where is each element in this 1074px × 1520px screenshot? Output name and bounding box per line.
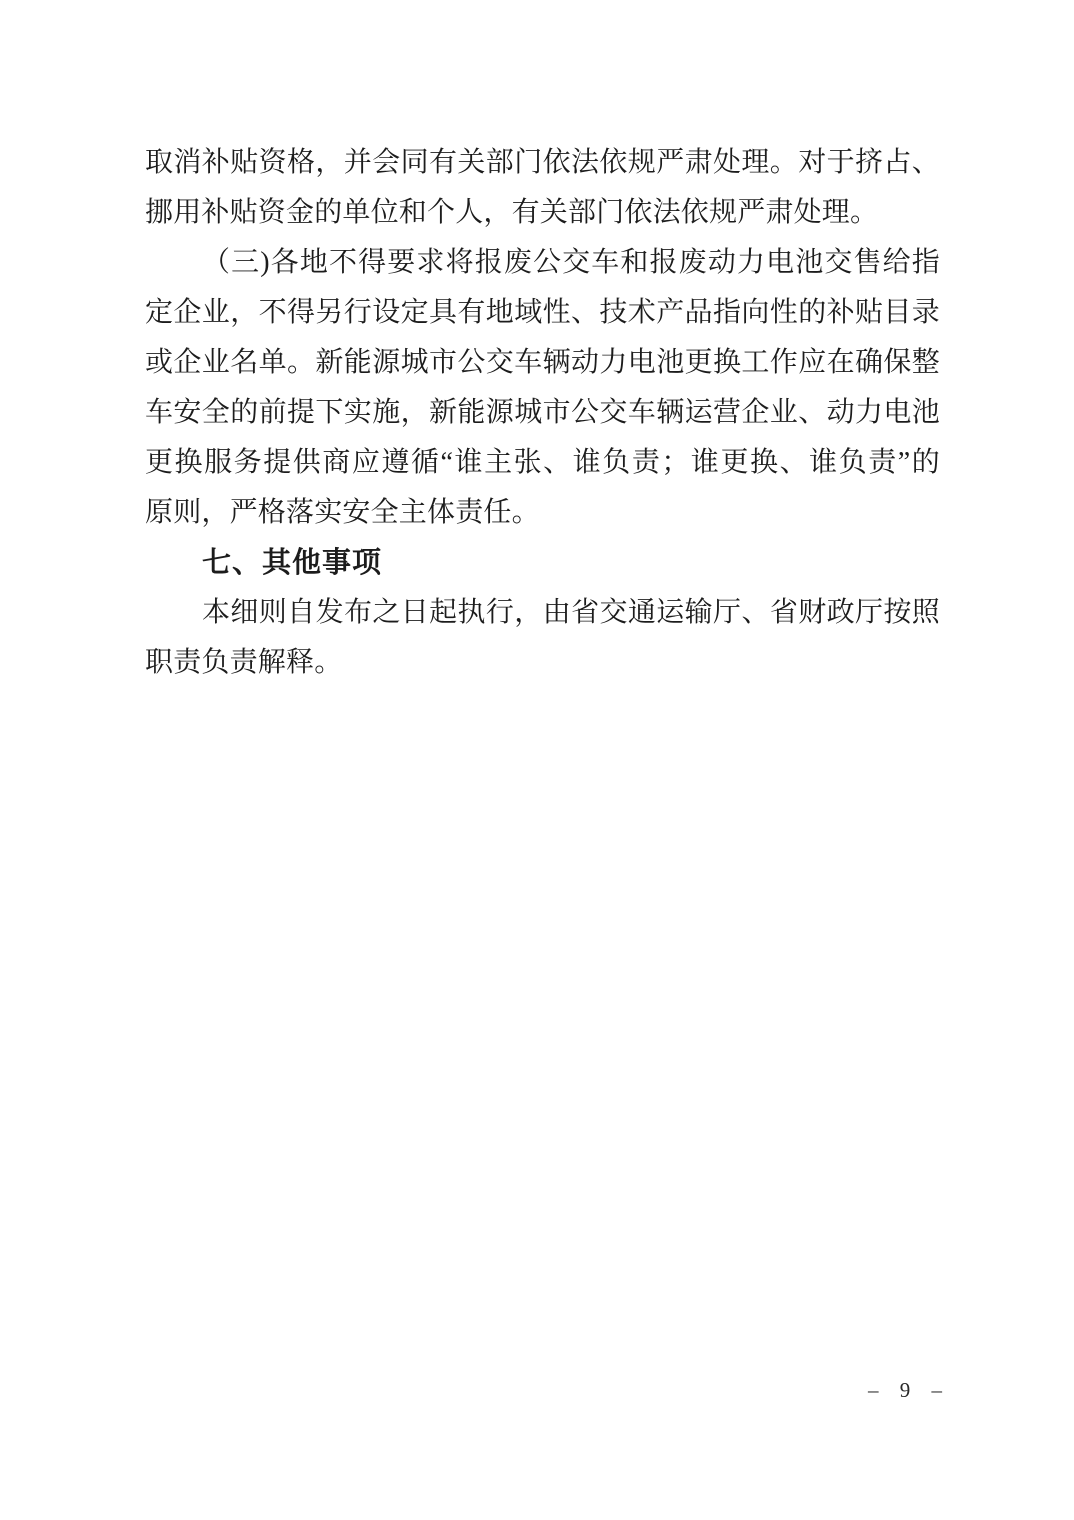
section-heading: 七、其他事项 [145,538,940,588]
para3-line-1: 本细则自发布之日起执行，由省交通运输厅、省财政厅按照 [145,588,940,638]
para2-line-6: 原则，严格落实安全主体责任。 [145,488,940,538]
page-number: – 9 – [868,1378,947,1403]
para1-line-2: 挪用补贴资金的单位和个人，有关部门依法依规严肃处理。 [145,188,940,238]
document-page: 取消补贴资格，并会同有关部门依法依规严肃处理。对于挤占、 挪用补贴资金的单位和个… [0,0,1074,1520]
para2-line-5: 更换服务提供商应遵循“谁主张、谁负责；谁更换、谁负责”的 [145,438,940,488]
para2-line-4: 车安全的前提下实施，新能源城市公交车辆运营企业、动力电池 [145,388,940,438]
para1-line-1: 取消补贴资格，并会同有关部门依法依规严肃处理。对于挤占、 [145,138,940,188]
para2-line-1: （三)各地不得要求将报废公交车和报废动力电池交售给指 [145,238,940,288]
para3-line-2: 职责负责解释。 [145,638,940,688]
para2-line-3: 或企业名单。新能源城市公交车辆动力电池更换工作应在确保整 [145,338,940,388]
document-body: 取消补贴资格，并会同有关部门依法依规严肃处理。对于挤占、 挪用补贴资金的单位和个… [145,138,940,688]
para2-line-2: 定企业，不得另行设定具有地域性、技术产品指向性的补贴目录 [145,288,940,338]
